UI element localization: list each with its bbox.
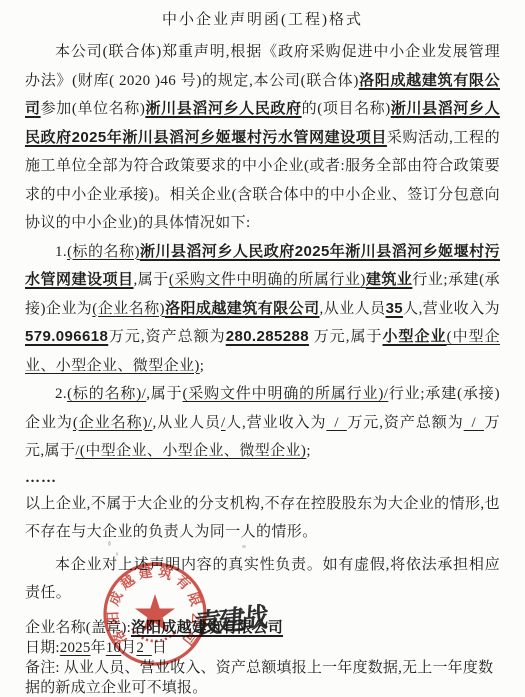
document-page: { "doc": { "title": "中小企业声明函(工程)格式", "pa… (0, 0, 525, 697)
text-segment: / (464, 415, 484, 431)
text-segment: /(中型企业、小型企业、微型企业) (75, 443, 306, 459)
scan-smudge (116, 552, 118, 556)
paragraph-item-1: 1.(标的名称)淅川县滔河乡人民政府2025年淅川县滔河乡姬堰村污水管网建设项目… (25, 238, 500, 381)
text-segment: 万元,属于 (309, 329, 383, 345)
text-segment: 万元,资 (347, 415, 400, 431)
text-segment: 日 (152, 640, 167, 656)
text-segment: ,从业人员 (320, 301, 386, 317)
text-segment: 参加(单位名称) (41, 101, 146, 117)
text-segment: 淅川县滔河乡人民政府 (145, 100, 301, 117)
text-segment: (标的名称)/ (67, 386, 146, 402)
text-segment: 2. (55, 386, 67, 402)
text-segment: (企业名称) (92, 301, 165, 317)
text-segment: 579.096618 (25, 328, 108, 345)
text-segment: 280.285288 (226, 328, 309, 345)
scan-smudge (242, 545, 246, 548)
text-segment: 人,营业收入为 (226, 415, 327, 431)
text-segment: 以上企业,不属于大企业的分支机构,不存在控股股东为大企业的情形,也不存在与大企业… (25, 496, 500, 541)
text-segment: 洛阳成越建筑有限公司 (165, 300, 320, 317)
text-segment: ,属于 (146, 386, 182, 402)
signature-handwriting: 袁建战 (193, 595, 267, 642)
text-segment: 年 (91, 640, 106, 656)
text-segment: 10 (106, 640, 121, 656)
text-segment: 35 (386, 300, 404, 317)
text-segment: 企业名称(盖章): (25, 620, 131, 636)
text-segment: 1. (55, 244, 67, 260)
text-segment: 月 (121, 640, 136, 656)
text-segment: ,属于 (134, 272, 169, 288)
text-segment: ; (200, 358, 205, 374)
text-segment: 小型企业 (383, 328, 447, 345)
text-segment: …… (25, 470, 57, 486)
text-segment: 建筑业 (366, 271, 413, 288)
text-segment: 2025 (60, 640, 91, 656)
text-segment: 人,营业收入为 (403, 301, 500, 317)
text-segment: 2 (136, 640, 151, 656)
date-line: 日期:2025年10月2 日 (25, 638, 500, 658)
text-segment: / (326, 415, 346, 431)
text-segment: ; (306, 443, 311, 459)
text-segment: (标的名称) (67, 244, 140, 260)
text-segment: (采购文件中明确的所属行业) (169, 272, 366, 288)
paragraph-ellipsis: …… (25, 466, 500, 490)
text-segment: 产总额为 (400, 415, 464, 431)
paragraph-declaration-intro: 本公司(联合体)郑重声明,根据《政府采购促进中小企业发展管理办法》(财库( 20… (25, 38, 500, 238)
paragraph-item-2: 2.(标的名称)/,属于(采购文件中明确的所属行业)/行业;承建(承接)企业为(… (25, 380, 500, 466)
text-segment: 备注: 从业人员、营业收入、资产总额填报上一年度数据,无上一年度数据的新成立企业… (25, 660, 493, 696)
text-segment: 日期: (25, 640, 60, 656)
document-title: 中小企业声明函(工程)格式 (25, 8, 500, 29)
text-segment: 万元,资产总额为 (108, 329, 225, 345)
paragraph-no-large-enterprise: 以上企业,不属于大企业的分支机构,不存在控股股东为大企业的情形,也不存在与大企业… (25, 490, 500, 547)
note-line: 备注: 从业人员、营业收入、资产总额填报上一年度数据,无上一年度数据的新成立企业… (25, 658, 500, 697)
text-segment: 本企业对上述声明内容的真实性负责。如有虚假,将依法承担相应责任。 (25, 557, 500, 602)
text-segment: (企业名称)/ (73, 415, 153, 431)
text-segment: ,从业人员 (153, 415, 221, 431)
scan-smudge (108, 541, 111, 546)
text-segment: 的(项目名称) (302, 101, 391, 117)
text-segment: (采购文件中明确的所属行业)/ (182, 386, 388, 402)
document-body: 中小企业声明函(工程)格式 本公司(联合体)郑重声明,根据《政府采购促进中小企业… (0, 0, 525, 697)
